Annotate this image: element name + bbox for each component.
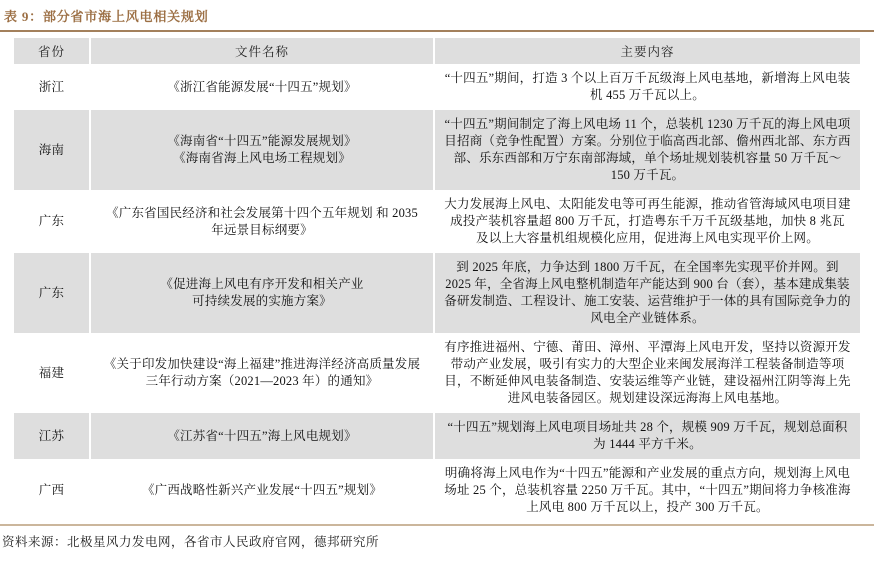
content-cell: “十四五”期间，打造 3 个以上百万千瓦级海上风电基地，新增海上风电装机 455… bbox=[434, 64, 860, 110]
column-header-document: 文件名称 bbox=[90, 38, 434, 64]
content-cell: 有序推进福州、宁德、莆田、漳州、平潭海上风电开发，坚持以资源开发带动产业发展，吸… bbox=[434, 333, 860, 413]
table-row: 广东 《促进海上风电有序开发和相关产业 可持续发展的实施方案》 到 2025 年… bbox=[14, 253, 860, 333]
content-cell: “十四五”期间制定了海上风电场 11 个，总装机 1230 万千瓦的海上风电项目… bbox=[434, 110, 860, 190]
document-title: 可持续发展的实施方案》 bbox=[100, 293, 424, 310]
document-cell: 《关于印发加快建设“海上福建”推进海洋经济高质量发展三年行动方案（2021—20… bbox=[90, 333, 434, 413]
document-cell: 《广东省国民经济和社会发展第十四个五年规划 和 2035 年远景目标纲要》 bbox=[90, 190, 434, 253]
content-cell: 到 2025 年底，力争达到 1800 万千瓦，在全国率先实现平价并网。到 20… bbox=[434, 253, 860, 333]
document-cell: 《广西战略性新兴产业发展“十四五”规划》 bbox=[90, 459, 434, 522]
document-title: 《海南省海上风电场工程规划》 bbox=[100, 150, 424, 167]
province-cell: 广西 bbox=[14, 459, 90, 522]
document-cell: 《浙江省能源发展“十四五”规划》 bbox=[90, 64, 434, 110]
table-row: 江苏 《江苏省“十四五”海上风电规划》 “十四五”规划海上风电项目场址共 28 … bbox=[14, 413, 860, 459]
province-cell: 福建 bbox=[14, 333, 90, 413]
offshore-wind-plan-table: 省份 文件名称 主要内容 浙江 《浙江省能源发展“十四五”规划》 “十四五”期间… bbox=[14, 38, 860, 522]
document-title: 《广西战略性新兴产业发展“十四五”规划》 bbox=[100, 482, 424, 499]
document-title: 《海南省“十四五”能源发展规划》 bbox=[100, 133, 424, 150]
document-cell: 《江苏省“十四五”海上风电规划》 bbox=[90, 413, 434, 459]
content-cell: 明确将海上风电作为“十四五”能源和产业发展的重点方向，规划海上风电场址 25 个… bbox=[434, 459, 860, 522]
province-cell: 海南 bbox=[14, 110, 90, 190]
document-cell: 《促进海上风电有序开发和相关产业 可持续发展的实施方案》 bbox=[90, 253, 434, 333]
province-cell: 浙江 bbox=[14, 64, 90, 110]
content-cell: “十四五”规划海上风电项目场址共 28 个，规模 909 万千瓦，规划总面积为 … bbox=[434, 413, 860, 459]
document-cell: 《海南省“十四五”能源发展规划》 《海南省海上风电场工程规划》 bbox=[90, 110, 434, 190]
column-header-province: 省份 bbox=[14, 38, 90, 64]
table-row: 广西 《广西战略性新兴产业发展“十四五”规划》 明确将海上风电作为“十四五”能源… bbox=[14, 459, 860, 522]
report-page: 表 9：部分省市海上风电相关规划 省份 文件名称 主要内容 浙江 《浙江省能源发… bbox=[0, 0, 874, 561]
table-title: 表 9：部分省市海上风电相关规划 bbox=[0, 4, 874, 32]
document-title: 《广东省国民经济和社会发展第十四个五年规划 和 2035 年远景目标纲要》 bbox=[100, 205, 424, 239]
table-row: 浙江 《浙江省能源发展“十四五”规划》 “十四五”期间，打造 3 个以上百万千瓦… bbox=[14, 64, 860, 110]
table-row: 福建 《关于印发加快建设“海上福建”推进海洋经济高质量发展三年行动方案（2021… bbox=[14, 333, 860, 413]
table-row: 广东 《广东省国民经济和社会发展第十四个五年规划 和 2035 年远景目标纲要》… bbox=[14, 190, 860, 253]
content-cell: 大力发展海上风电、太阳能发电等可再生能源，推动省管海域风电项目建成投产装机容量超… bbox=[434, 190, 860, 253]
document-title: 《关于印发加快建设“海上福建”推进海洋经济高质量发展三年行动方案（2021—20… bbox=[100, 356, 424, 390]
province-cell: 江苏 bbox=[14, 413, 90, 459]
document-title: 《促进海上风电有序开发和相关产业 bbox=[100, 276, 424, 293]
document-title: 《江苏省“十四五”海上风电规划》 bbox=[100, 428, 424, 445]
document-title: 《浙江省能源发展“十四五”规划》 bbox=[100, 79, 424, 96]
province-cell: 广东 bbox=[14, 190, 90, 253]
source-note: 资料来源：北极星风力发电网，各省市人民政府官网，德邦研究所 bbox=[0, 526, 874, 550]
header-row: 省份 文件名称 主要内容 bbox=[14, 38, 860, 64]
column-header-content: 主要内容 bbox=[434, 38, 860, 64]
table-row: 海南 《海南省“十四五”能源发展规划》 《海南省海上风电场工程规划》 “十四五”… bbox=[14, 110, 860, 190]
province-cell: 广东 bbox=[14, 253, 90, 333]
